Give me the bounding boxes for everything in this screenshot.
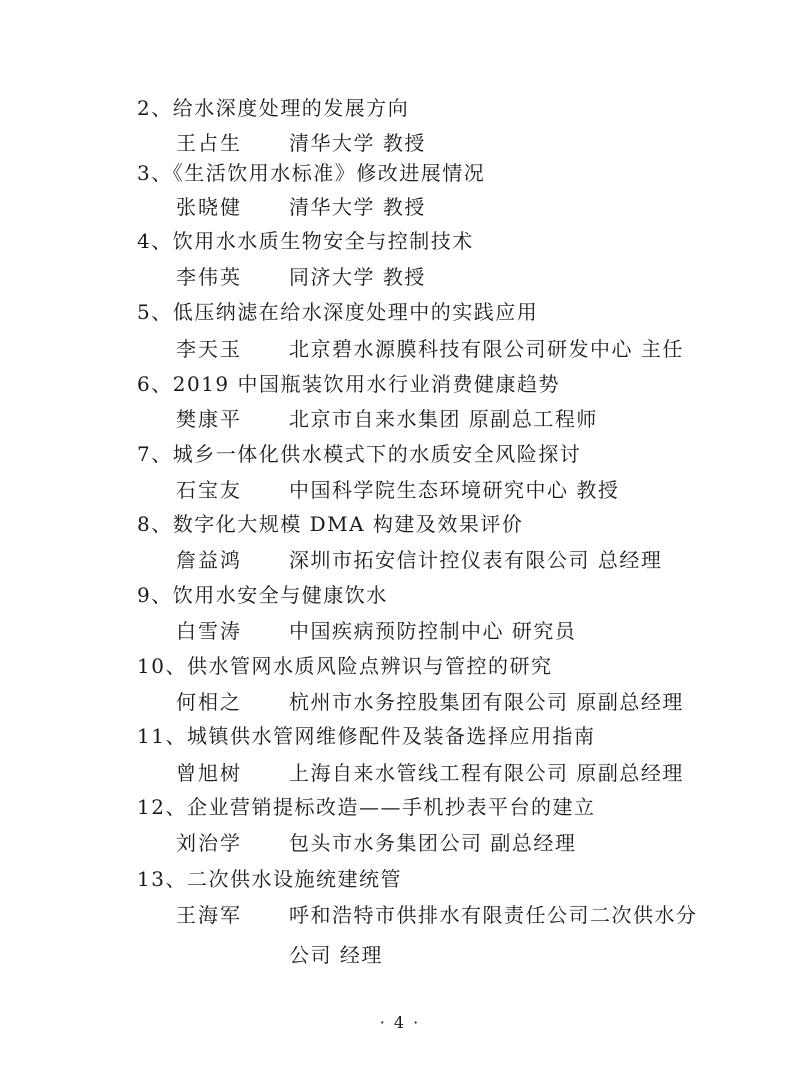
topic-title: 11、城镇供水管网维修配件及装备选择应用指南 xyxy=(137,723,595,749)
topic-title: 5、低压纳滤在给水深度处理中的实践应用 xyxy=(137,299,538,325)
document-page: 2、给水深度处理的发展方向 王占生 清华大学 教授 3、《生活饮用水标准》修改进… xyxy=(0,0,800,1086)
speaker-affiliation: 呼和浩特市供排水有限责任公司二次供水分 xyxy=(289,902,698,928)
speaker-affiliation: 中国科学院生态环境研究中心 教授 xyxy=(289,477,619,503)
speaker-name: 曾旭树 xyxy=(176,760,242,786)
topic-title: 4、饮用水水质生物安全与控制技术 xyxy=(137,228,474,254)
topic-title: 6、2019 中国瓶装饮用水行业消费健康趋势 xyxy=(137,371,560,397)
speaker-name: 刘治学 xyxy=(176,830,242,856)
topic-title: 3、《生活饮用水标准》修改进展情况 xyxy=(137,160,485,186)
speaker-name: 王占生 xyxy=(176,130,242,156)
topic-title: 12、企业营销提标改造——手机抄表平台的建立 xyxy=(137,794,595,820)
topic-title: 9、饮用水安全与健康饮水 xyxy=(137,582,388,608)
speaker-name: 李天玉 xyxy=(176,336,242,362)
speaker-affiliation: 清华大学 教授 xyxy=(289,194,426,220)
speaker-affiliation: 同济大学 教授 xyxy=(289,264,426,290)
speaker-affiliation: 杭州市水务控股集团有限公司 原副总经理 xyxy=(289,689,684,715)
speaker-affiliation: 深圳市拓安信计控仪表有限公司 总经理 xyxy=(289,547,662,573)
speaker-name: 白雪涛 xyxy=(176,618,242,644)
speaker-name: 樊康平 xyxy=(176,406,242,432)
speaker-affiliation: 中国疾病预防控制中心 研究员 xyxy=(289,618,576,644)
topic-title: 8、数字化大规模 DMA 构建及效果评价 xyxy=(137,511,523,537)
topic-title: 2、给水深度处理的发展方向 xyxy=(137,95,409,121)
topic-title: 13、二次供水设施统建统管 xyxy=(137,866,402,892)
speaker-name: 李伟英 xyxy=(176,264,242,290)
speaker-name: 詹益鸿 xyxy=(176,547,242,573)
speaker-affiliation: 北京市自来水集团 原副总工程师 xyxy=(289,406,598,432)
speaker-affiliation: 上海自来水管线工程有限公司 原副总经理 xyxy=(289,760,684,786)
speaker-name: 何相之 xyxy=(176,689,242,715)
speaker-affiliation-continued: 公司 经理 xyxy=(289,942,383,968)
speaker-affiliation: 包头市水务集团公司 副总经理 xyxy=(289,830,576,856)
topic-title: 7、城乡一体化供水模式下的水质安全风险探讨 xyxy=(137,441,581,467)
page-number: · 4 · xyxy=(0,1013,800,1033)
speaker-name: 张晓健 xyxy=(176,194,242,220)
speaker-name: 王海军 xyxy=(176,902,242,928)
topic-title: 10、供水管网水质风险点辨识与管控的研究 xyxy=(137,653,552,679)
speaker-affiliation: 北京碧水源膜科技有限公司研发中心 主任 xyxy=(289,336,684,362)
speaker-name: 石宝友 xyxy=(176,477,242,503)
speaker-affiliation: 清华大学 教授 xyxy=(289,130,426,156)
